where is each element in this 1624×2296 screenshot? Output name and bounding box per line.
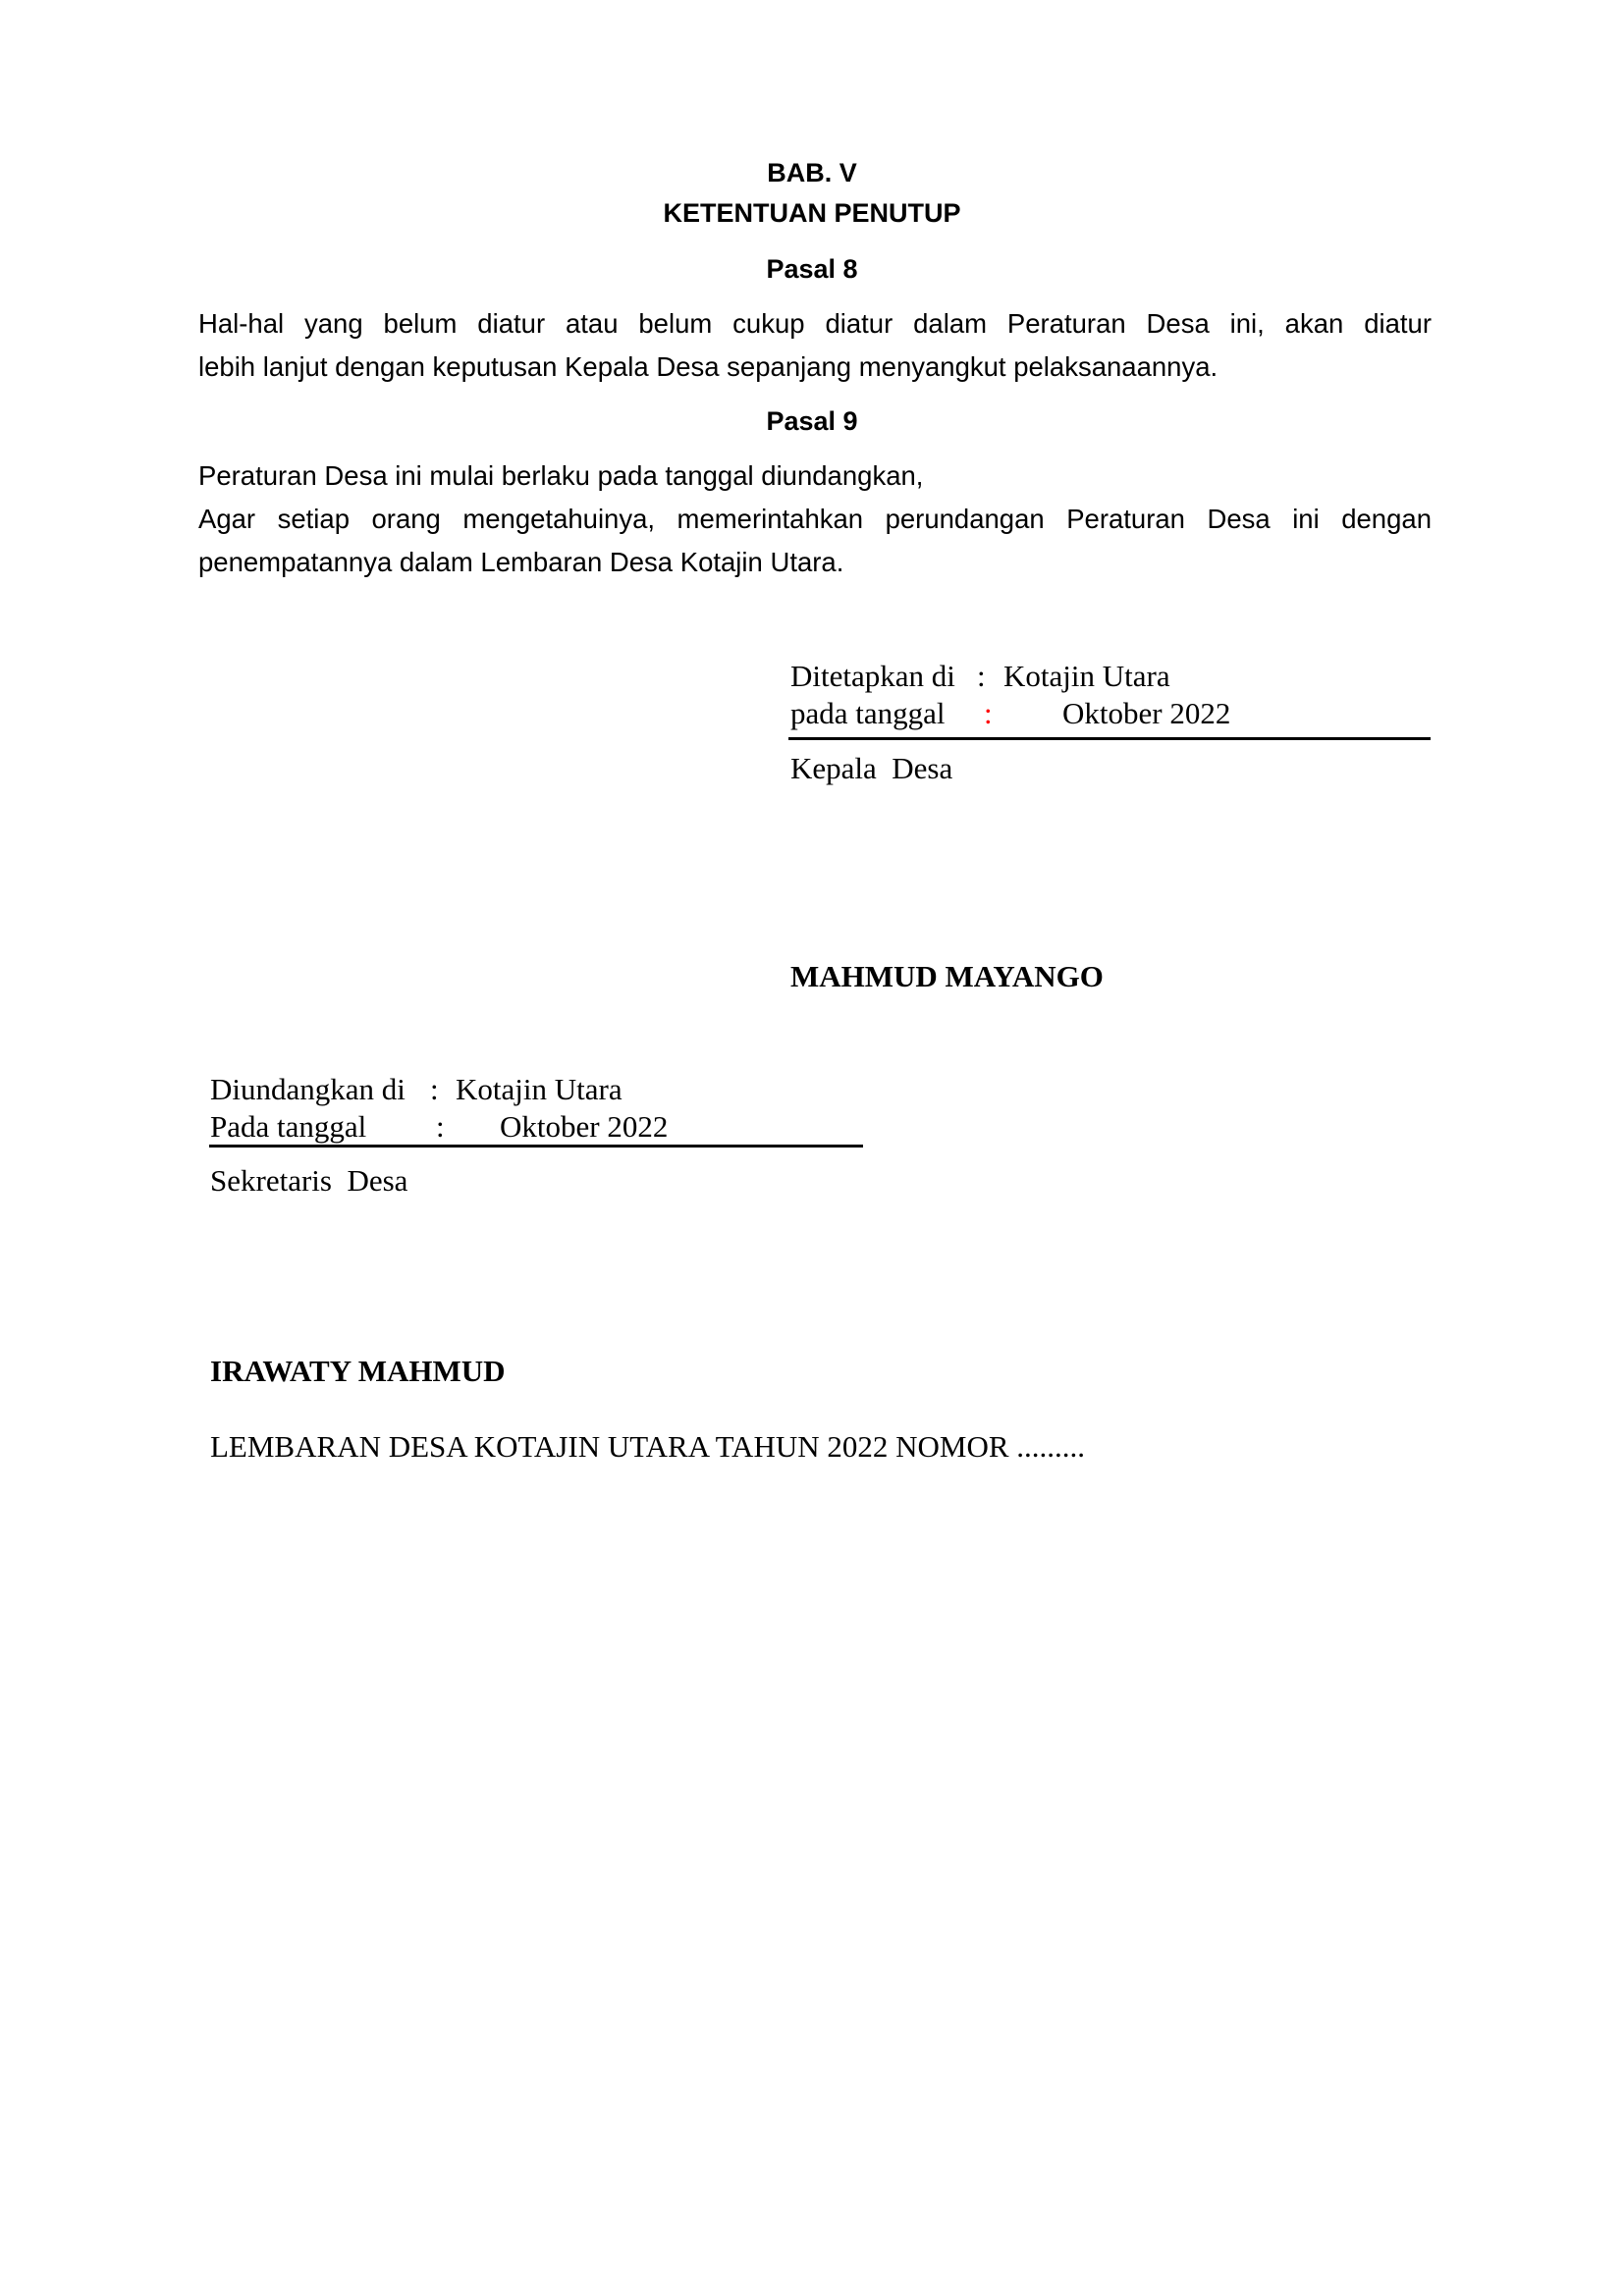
enactment-place-separator: : <box>977 658 986 695</box>
enactment-place-label: Ditetapkan di <box>790 658 955 695</box>
chapter-heading: BAB. V <box>0 155 1624 190</box>
article-9-line: Agar setiap orang mengetahuinya, memerin… <box>198 498 1432 541</box>
article-9-line: Peraturan Desa ini mulai berlaku pada ta… <box>198 454 1432 498</box>
village-secretary-name: IRAWATY MAHMUD <box>210 1353 506 1390</box>
enactment-place-value: Kotajin Utara <box>1003 658 1170 695</box>
promulgation-place-label: Diundangkan di <box>210 1071 406 1108</box>
article-8-body: Hal-hal yang belum diatur atau belum cuk… <box>198 302 1432 389</box>
article-9-line: penempatannya dalam Lembaran Desa Kotaji… <box>198 541 1432 584</box>
enactment-date-label: pada tanggal <box>790 695 946 732</box>
enactment-date-value: Oktober 2022 <box>1062 695 1230 732</box>
article-9-title: Pasal 9 <box>0 403 1624 439</box>
village-secretary-title: Sekretaris Desa <box>210 1162 407 1200</box>
enactment-date-separator: : <box>984 695 993 732</box>
promulgation-place-separator: : <box>430 1071 439 1108</box>
promulgation-date-label: Pada tanggal <box>210 1108 366 1146</box>
village-head-name: MAHMUD MAYANGO <box>790 958 1104 995</box>
promulgation-date-separator: : <box>436 1108 445 1146</box>
article-9-body: Peraturan Desa ini mulai berlaku pada ta… <box>198 454 1432 584</box>
enactment-divider <box>788 737 1431 740</box>
article-8-line: lebih lanjut dengan keputusan Kepala Des… <box>198 346 1432 389</box>
article-8-title: Pasal 8 <box>0 251 1624 287</box>
promulgation-place-value: Kotajin Utara <box>456 1071 623 1108</box>
promulgation-divider <box>209 1145 863 1148</box>
village-head-title: Kepala Desa <box>790 750 952 787</box>
promulgation-date-value: Oktober 2022 <box>500 1108 668 1146</box>
gazette-reference: LEMBARAN DESA KOTAJIN UTARA TAHUN 2022 N… <box>210 1428 1085 1466</box>
chapter-title: KETENTUAN PENUTUP <box>0 195 1624 231</box>
article-8-line: Hal-hal yang belum diatur atau belum cuk… <box>198 302 1432 346</box>
document-page: BAB. V KETENTUAN PENUTUP Pasal 8 Hal-hal… <box>0 0 1624 2296</box>
